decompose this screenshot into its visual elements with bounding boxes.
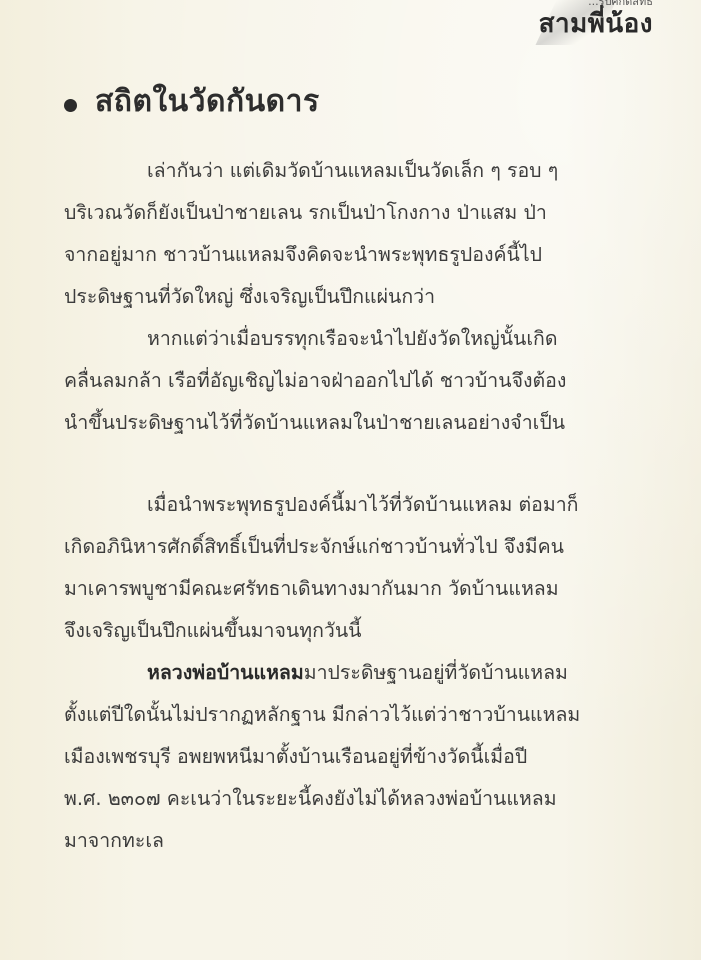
text-line: หลวงพ่อบ้านแหลมมาประดิษฐานอยู่ที่วัดบ้าน… <box>64 652 649 694</box>
paragraph: หากแต่ว่าเมื่อบรรทุกเรือจะนำไปยังวัดใหญ่… <box>64 318 649 444</box>
text-line: ประดิษฐานที่วัดใหญ่ ซึ่งเจริญเป็นปึกแผ่น… <box>64 276 649 318</box>
text-line: พ.ศ. ๒๓๐๗ คะเนว่าในระยะนี้คงยังไม่ได้หลว… <box>64 778 649 820</box>
paragraph: เมื่อนำพระพุทธรูปองค์นี้มาไว้ที่วัดบ้านแ… <box>64 484 649 652</box>
bold-term: หลวงพ่อบ้านแหลม <box>147 652 304 694</box>
text-line: บริเวณวัดก็ยังเป็นป่าชายเลน รกเป็นป่าโกง… <box>64 192 649 234</box>
text-run: มาประดิษฐานอยู่ที่วัดบ้านแหลม <box>304 652 568 694</box>
text-line: นำขึ้นประดิษฐานไว้ที่วัดบ้านแหลมในป่าชาย… <box>64 402 649 444</box>
text-line: มาจากทะเล <box>64 820 649 862</box>
text-line: คลื่นลมกล้า เรือที่อัญเชิญไม่อาจฝ่าออกไป… <box>64 360 649 402</box>
text-line: มาเคารพบูชามีคณะศรัทธาเดินทางมากันมาก วั… <box>64 568 649 610</box>
book-page: ...รูปศักดิ์สิทธิ์ สามพี่น้อง สถิตในวัดก… <box>0 0 701 960</box>
text-line: จึงเจริญเป็นปึกแผ่นขึ้นมาจนทุกวันนี้ <box>64 610 649 652</box>
section-heading-text: สถิตในวัดกันดาร <box>95 78 320 125</box>
paragraph: หลวงพ่อบ้านแหลมมาประดิษฐานอยู่ที่วัดบ้าน… <box>64 652 649 862</box>
text-line: เกิดอภินิหารศักดิ์สิทธิ์เป็นที่ประจักษ์แ… <box>64 526 649 568</box>
body-text: เล่ากันว่า แต่เดิมวัดบ้านแหลมเป็นวัดเล็ก… <box>64 150 649 862</box>
running-header-title: สามพี่น้อง <box>539 8 653 40</box>
paragraph-gap <box>64 444 649 484</box>
section-heading: สถิตในวัดกันดาร <box>64 78 320 125</box>
text-line: หากแต่ว่าเมื่อบรรทุกเรือจะนำไปยังวัดใหญ่… <box>64 318 649 360</box>
text-line: จากอยู่มาก ชาวบ้านแหลมจึงคิดจะนำพระพุทธร… <box>64 234 649 276</box>
paragraph: เล่ากันว่า แต่เดิมวัดบ้านแหลมเป็นวัดเล็ก… <box>64 150 649 318</box>
text-line: เมืองเพชรบุรี อพยพหนีมาตั้งบ้านเรือนอยู่… <box>64 736 649 778</box>
text-line: เล่ากันว่า แต่เดิมวัดบ้านแหลมเป็นวัดเล็ก… <box>64 150 649 192</box>
running-header-subtitle: ...รูปศักดิ์สิทธิ์ <box>539 0 653 8</box>
text-line: เมื่อนำพระพุทธรูปองค์นี้มาไว้ที่วัดบ้านแ… <box>64 484 649 526</box>
bullet-icon <box>64 99 77 112</box>
running-header: ...รูปศักดิ์สิทธิ์ สามพี่น้อง <box>539 0 653 40</box>
text-line: ตั้งแต่ปีใดนั้นไม่ปรากฏหลักฐาน มีกล่าวไว… <box>64 694 649 736</box>
